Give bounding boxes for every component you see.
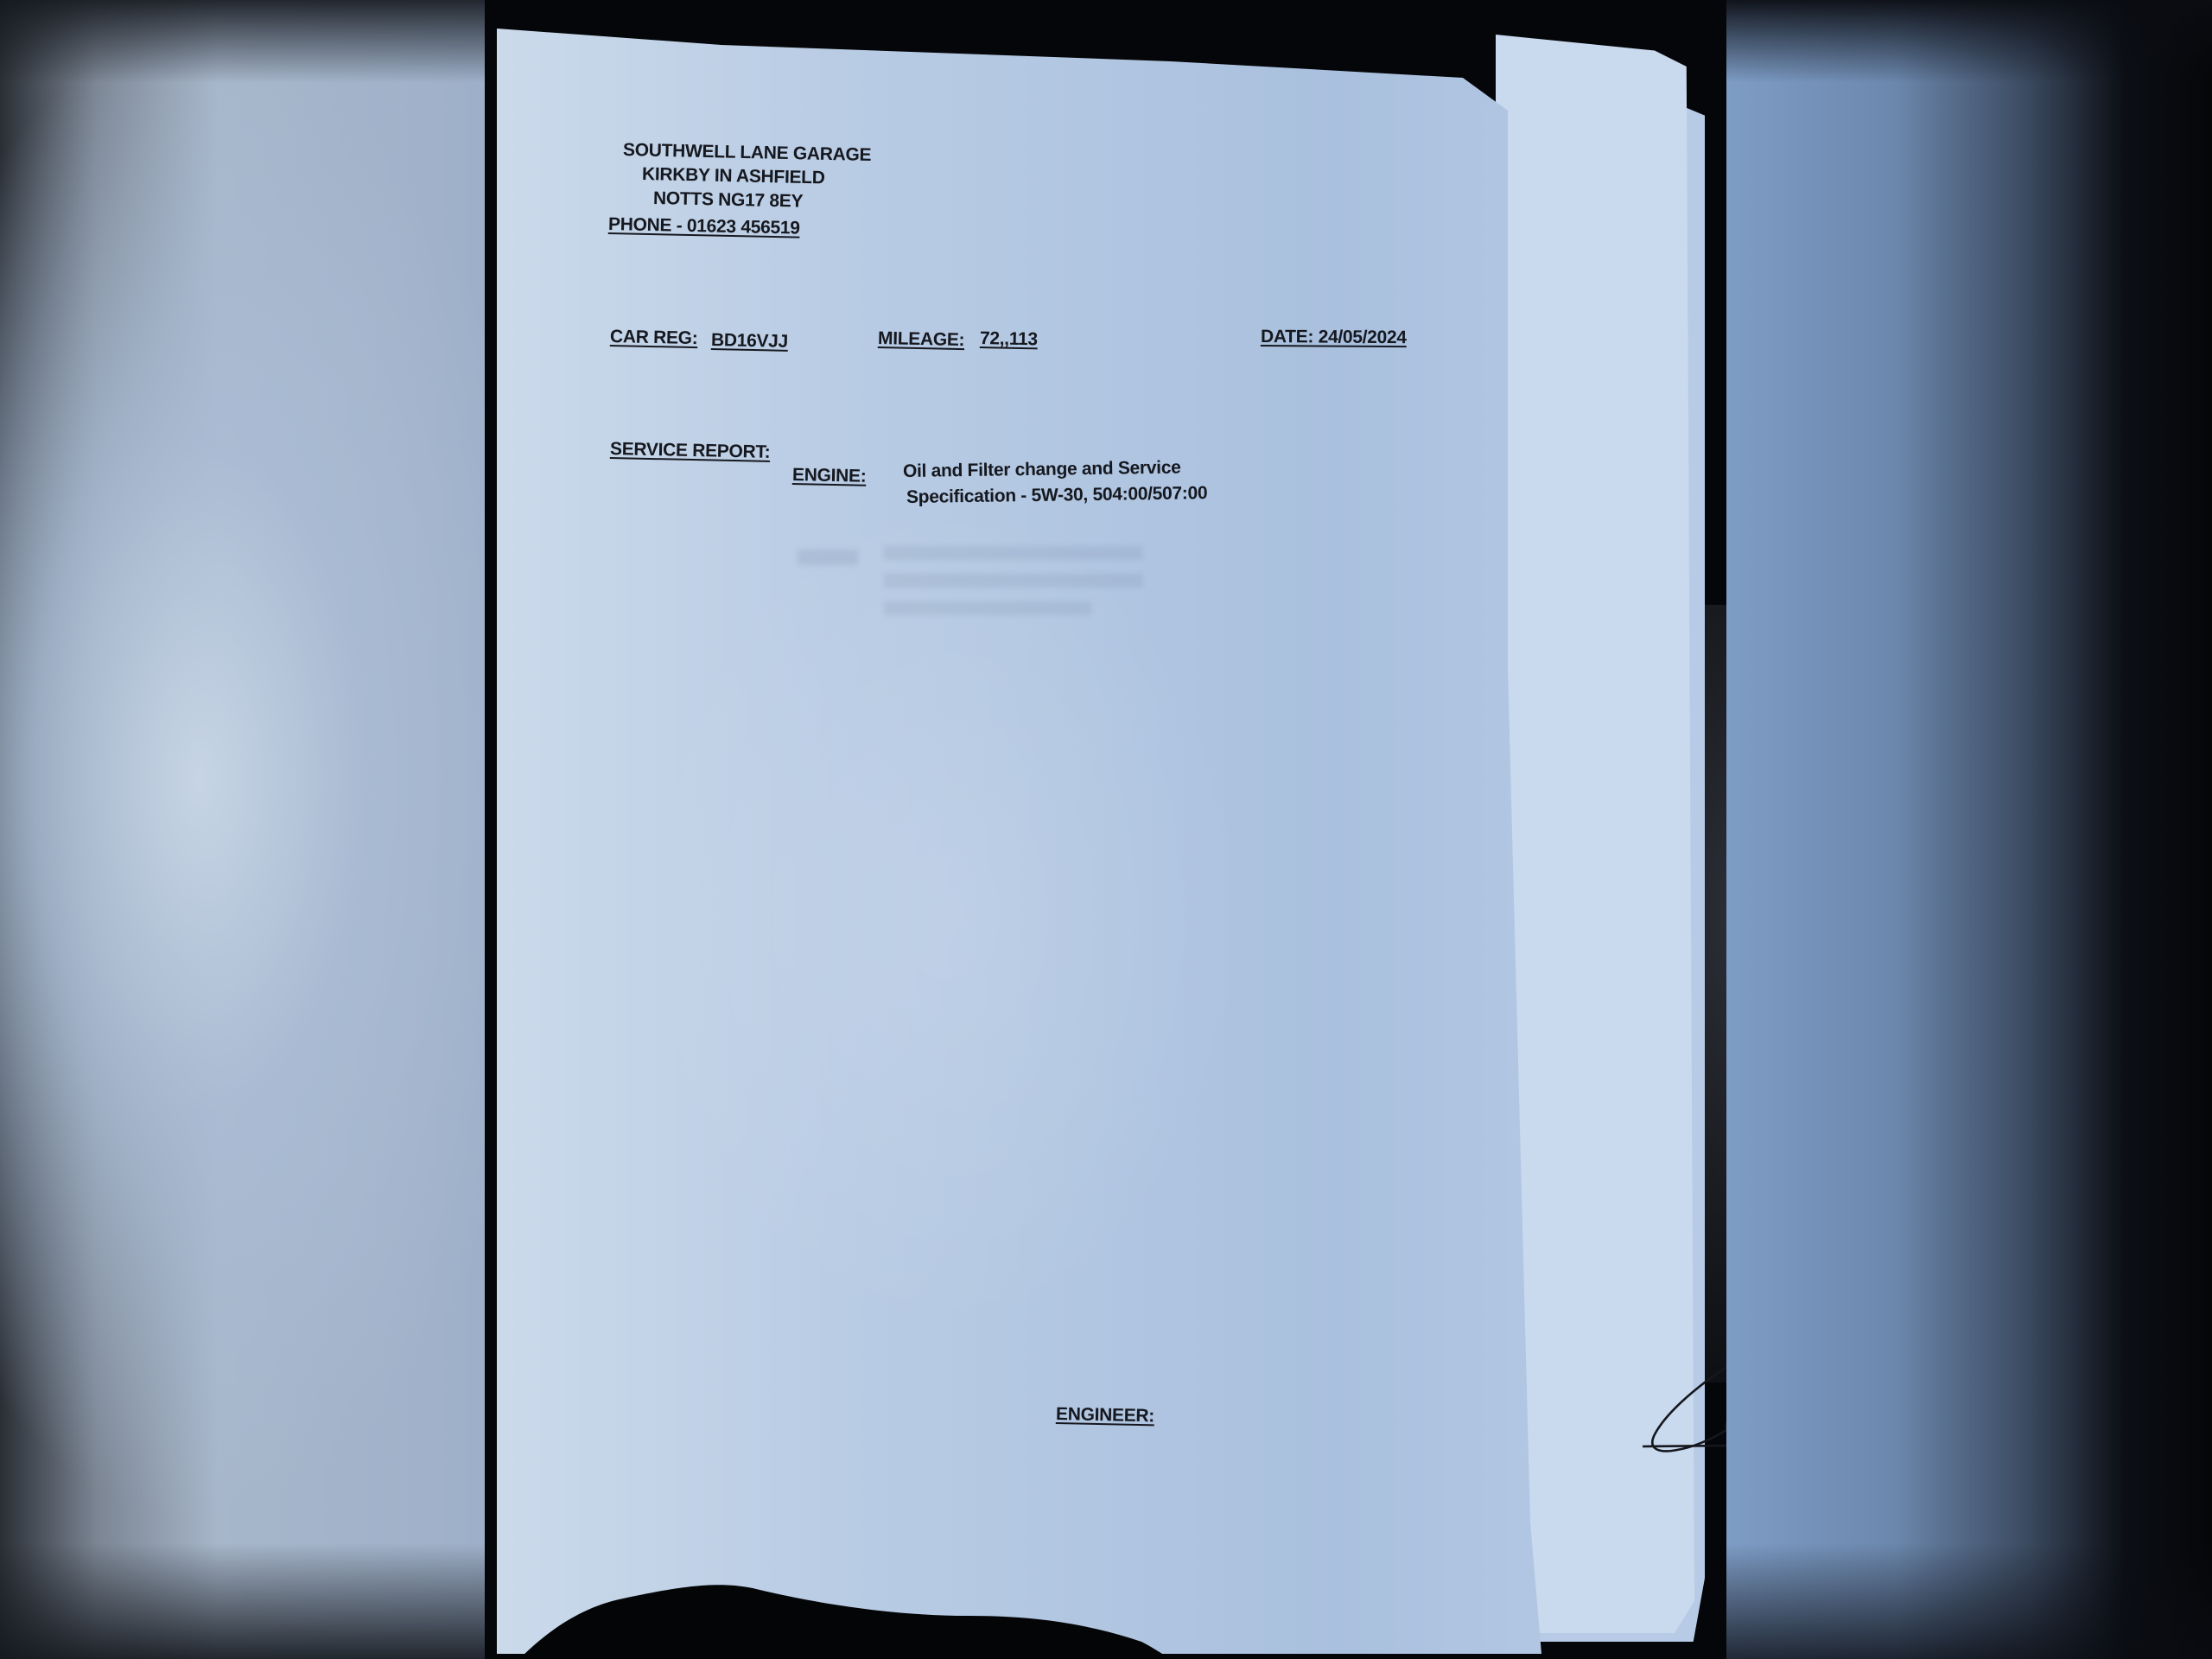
car-reg-value: BD16VJJ <box>711 330 788 353</box>
mileage-value: 72,,113 <box>980 328 1038 350</box>
engineer-signature <box>1643 1348 1726 1469</box>
show-through-text <box>884 601 1091 615</box>
blurred-background-left <box>0 0 485 1659</box>
document-photo: SOUTHWELL LANE GARAGE KIRKBY IN ASHFIELD… <box>485 0 1726 1659</box>
service-report-title: SERVICE REPORT: <box>610 439 771 463</box>
car-reg-label: CAR REG: <box>610 327 698 349</box>
engine-line-2: Specification - 5W-30, 504:00/507:00 <box>906 483 1208 508</box>
company-phone: PHONE - 01623 456519 <box>608 214 800 239</box>
company-town: KIRKBY IN ASHFIELD <box>642 164 825 188</box>
company-postcode: NOTTS NG17 8EY <box>653 188 804 213</box>
show-through-text <box>884 546 1143 560</box>
engineer-label: ENGINEER: <box>1056 1404 1154 1427</box>
engine-line-1: Oil and Filter change and Service <box>903 458 1181 482</box>
blurred-background-right <box>1726 0 2212 1659</box>
show-through-text <box>884 574 1143 588</box>
engine-label: ENGINE: <box>792 465 867 487</box>
show-through-text <box>798 550 858 565</box>
service-date: DATE: 24/05/2024 <box>1261 327 1407 348</box>
seat-shadow <box>485 1581 1726 1659</box>
mileage-label: MILEAGE: <box>878 328 965 351</box>
